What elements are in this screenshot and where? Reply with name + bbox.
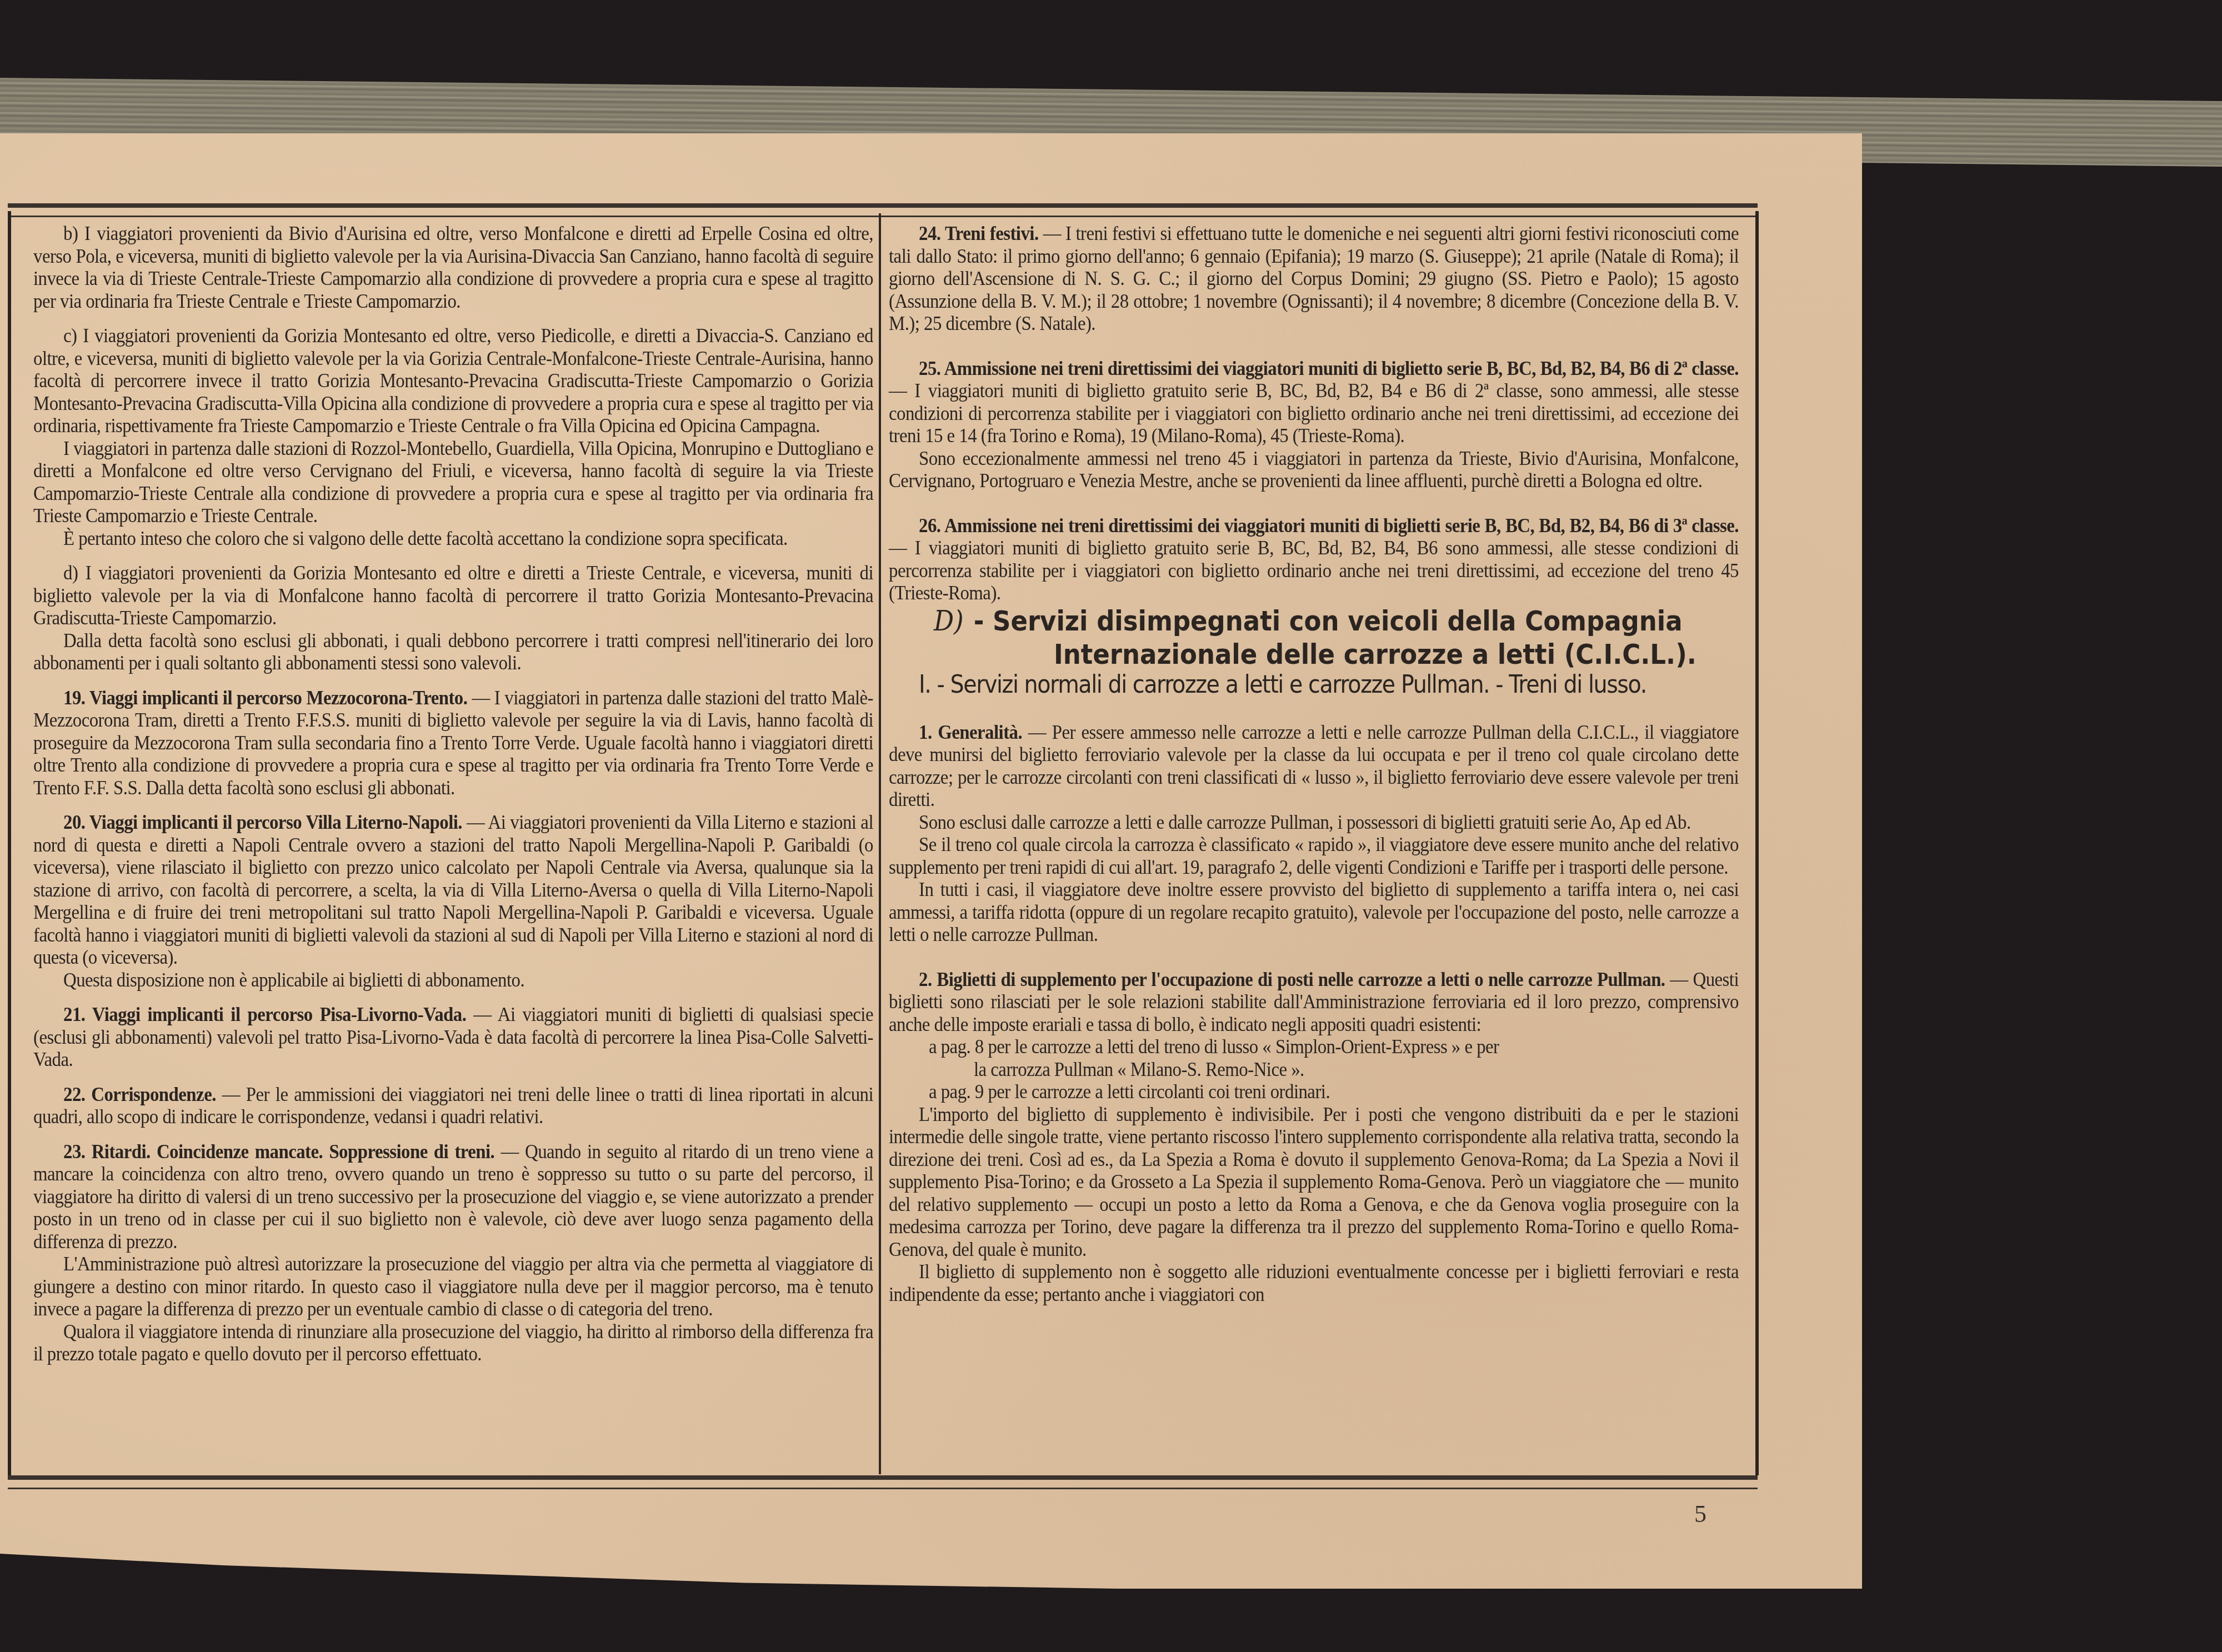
article-2: 2. Biglietti di supplemento per l'occupa… bbox=[889, 968, 1739, 1036]
section-d-title-line1: - Servizi disimpegnati con veicoli della… bbox=[974, 605, 1683, 637]
article-1-heading: 1. Generalità. bbox=[919, 720, 1022, 743]
article-20-heading: 20. Viaggi implicanti il percorso Villa … bbox=[63, 810, 462, 833]
paragraph-c: c) I viaggiatori provenienti da Gorizia … bbox=[33, 324, 873, 437]
article-19: 19. Viaggi implicanti il percorso Mezzoc… bbox=[33, 687, 873, 799]
article-23-para2: L'Amministrazione può altresì autorizzar… bbox=[33, 1253, 873, 1320]
paragraph-d2: Dalla detta facoltà sono esclusi gli abb… bbox=[33, 629, 873, 674]
article-25-text: — I viaggiatori muniti di biglietto grat… bbox=[889, 379, 1739, 447]
article-2-heading: 2. Biglietti di supplemento per l'occupa… bbox=[919, 968, 1665, 990]
paragraph-b: b) I viaggiatori provenienti da Bivio d'… bbox=[33, 222, 873, 312]
article-21: 21. Viaggi implicanti il percorso Pisa-L… bbox=[33, 1003, 873, 1071]
article-24: 24. Treni festivi. — I treni festivi si … bbox=[889, 222, 1739, 335]
article-2-list-item-a: a pag. 8 per le carrozze a letti del tre… bbox=[889, 1035, 1739, 1058]
article-25: 25. Ammissione nei treni direttissimi de… bbox=[889, 357, 1739, 447]
article-26-heading: 26. Ammissione nei treni direttissimi de… bbox=[919, 514, 1739, 537]
section-d-letter: D) bbox=[934, 605, 964, 637]
article-21-heading: 21. Viaggi implicanti il percorso Pisa-L… bbox=[63, 1003, 466, 1025]
article-2-para2: L'importo del biglietto di supplemento è… bbox=[889, 1103, 1739, 1261]
article-19-heading: 19. Viaggi implicanti il percorso Mezzoc… bbox=[63, 686, 467, 709]
article-2-list-item-b: a pag. 9 per le carrozze a letti circola… bbox=[889, 1080, 1739, 1103]
article-1-para3: Se il treno col quale circola la carrozz… bbox=[889, 833, 1739, 878]
paragraph-c3: È pertanto inteso che coloro che si valg… bbox=[33, 527, 873, 550]
article-22: 22. Corrispondenze. — Per le ammissioni … bbox=[33, 1083, 873, 1128]
article-25-note: Sono eccezionalmente ammessi nel treno 4… bbox=[889, 447, 1739, 492]
article-20-text: — Ai viaggiatori provenienti da Villa Li… bbox=[33, 810, 873, 968]
paragraph-d: d) I viaggiatori provenienti da Gorizia … bbox=[33, 562, 873, 629]
article-26: 26. Ammissione nei treni direttissimi de… bbox=[889, 514, 1739, 604]
page-number: 5 bbox=[1694, 1500, 1706, 1528]
article-1: 1. Generalità. — Per essere ammesso nell… bbox=[889, 721, 1739, 811]
article-26-text: — I viaggiatori muniti di biglietto grat… bbox=[889, 536, 1739, 604]
article-20: 20. Viaggi implicanti il percorso Villa … bbox=[33, 811, 873, 969]
right-column: 24. Treni festivi. — I treni festivi si … bbox=[889, 222, 1739, 1305]
article-23-heading: 23. Ritardi. Coincidenze mancate. Soppre… bbox=[63, 1140, 494, 1163]
section-d-heading: D)- Servizi disimpegnati con veicoli del… bbox=[889, 604, 1739, 671]
article-1-para4: In tutti i casi, il viaggiatore deve ino… bbox=[889, 878, 1739, 946]
section-d-title-line2: Internazionale delle carrozze a letti (C… bbox=[904, 638, 1739, 671]
bottom-border-rule bbox=[8, 1475, 1758, 1489]
paragraph-c2: I viaggiatori in partenza dalle stazioni… bbox=[33, 437, 873, 527]
subsection-1-heading: I. - Servizi normali di carrozze a letti… bbox=[889, 671, 1739, 699]
article-2-para3: Il biglietto di supplemento non è sogget… bbox=[889, 1260, 1739, 1305]
article-24-heading: 24. Treni festivi. bbox=[919, 222, 1039, 244]
article-2-list-item-a-cont: la carrozza Pullman « Milano-S. Remo-Nic… bbox=[889, 1058, 1739, 1081]
article-23-para3: Qualora il viaggiatore intenda di rinunz… bbox=[33, 1320, 873, 1365]
article-20-note: Questa disposizione non è applicabile ai… bbox=[33, 969, 873, 992]
article-23: 23. Ritardi. Coincidenze mancate. Soppre… bbox=[33, 1140, 873, 1253]
column-divider bbox=[879, 213, 881, 1474]
article-22-heading: 22. Corrispondenze. bbox=[63, 1083, 216, 1105]
left-column: b) I viaggiatori provenienti da Bivio d'… bbox=[33, 222, 873, 1365]
article-1-para2: Sono esclusi dalle carrozze a letti e da… bbox=[889, 811, 1739, 834]
article-25-heading: 25. Ammissione nei treni direttissimi de… bbox=[919, 357, 1739, 379]
